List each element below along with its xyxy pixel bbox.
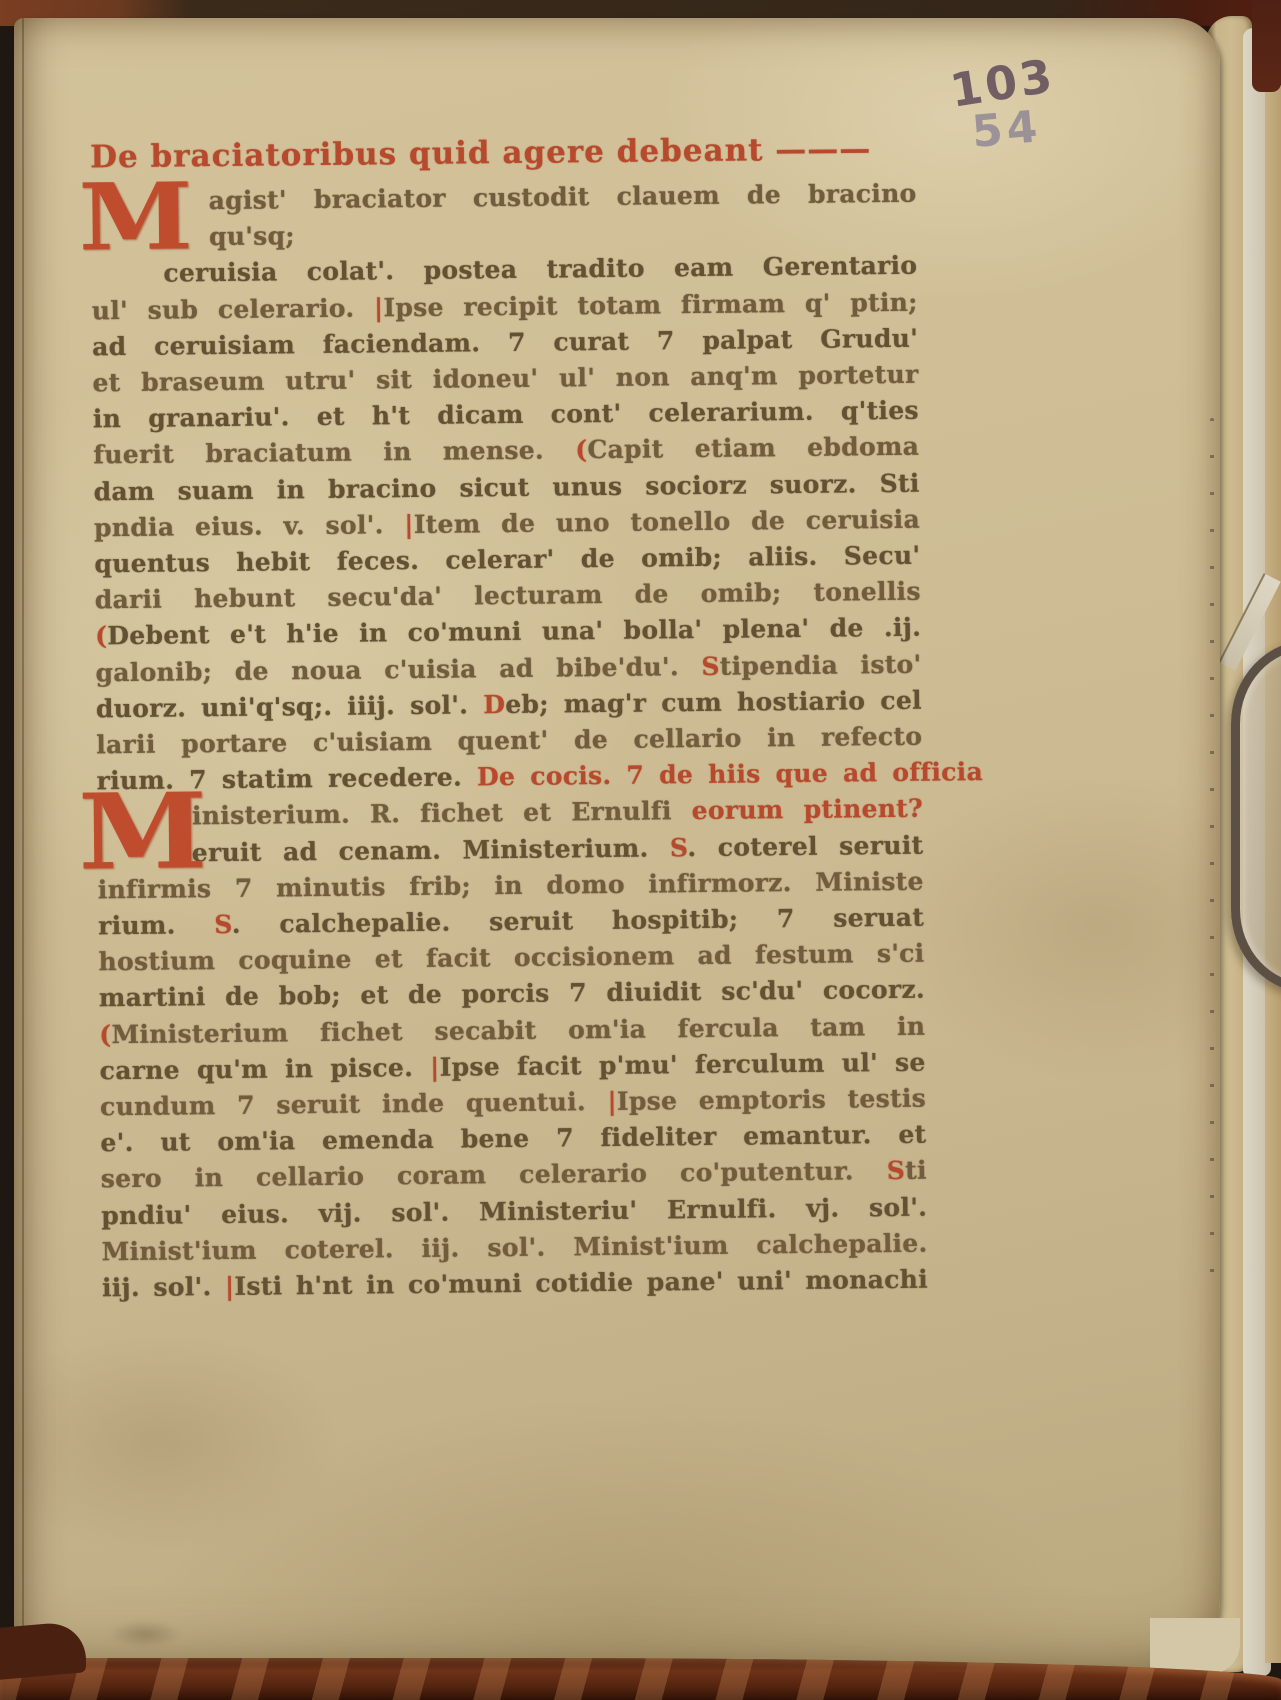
paragraph-brewers: M agist' braciator custodit clauem de br… xyxy=(90,176,922,800)
decorated-initial-m: M xyxy=(78,785,208,880)
leather-cover-top-right xyxy=(1252,0,1281,92)
book-clasp-loop xyxy=(1231,640,1281,993)
folio-number-pencil: 54 xyxy=(970,101,1043,158)
manuscript-photo: 103 54 De braciatoribus quid agere debea… xyxy=(0,0,1281,1700)
bottom-right-page-edge xyxy=(1150,1618,1240,1674)
ink-smudge xyxy=(109,1620,181,1648)
text-block: De braciatoribus quid agere debeant ——— … xyxy=(90,122,928,1307)
decorated-initial-m: M xyxy=(78,175,193,258)
gutter-crease xyxy=(22,18,24,1673)
rubric-heading: De braciatoribus quid agere debeant ——— xyxy=(90,122,917,185)
text-line: iij. sol'. |Isti h'nt in co'muni cotidie… xyxy=(102,1262,928,1307)
text-line: agist' braciator custodit clauem de brac… xyxy=(90,176,917,257)
paragraph-cooks: M inisterium. R. fichet et Ernulfi eorum… xyxy=(97,791,928,1306)
manuscript-page: 103 54 De braciatoribus quid agere debea… xyxy=(14,18,1220,1673)
pricking-holes xyxy=(1210,418,1214,1298)
